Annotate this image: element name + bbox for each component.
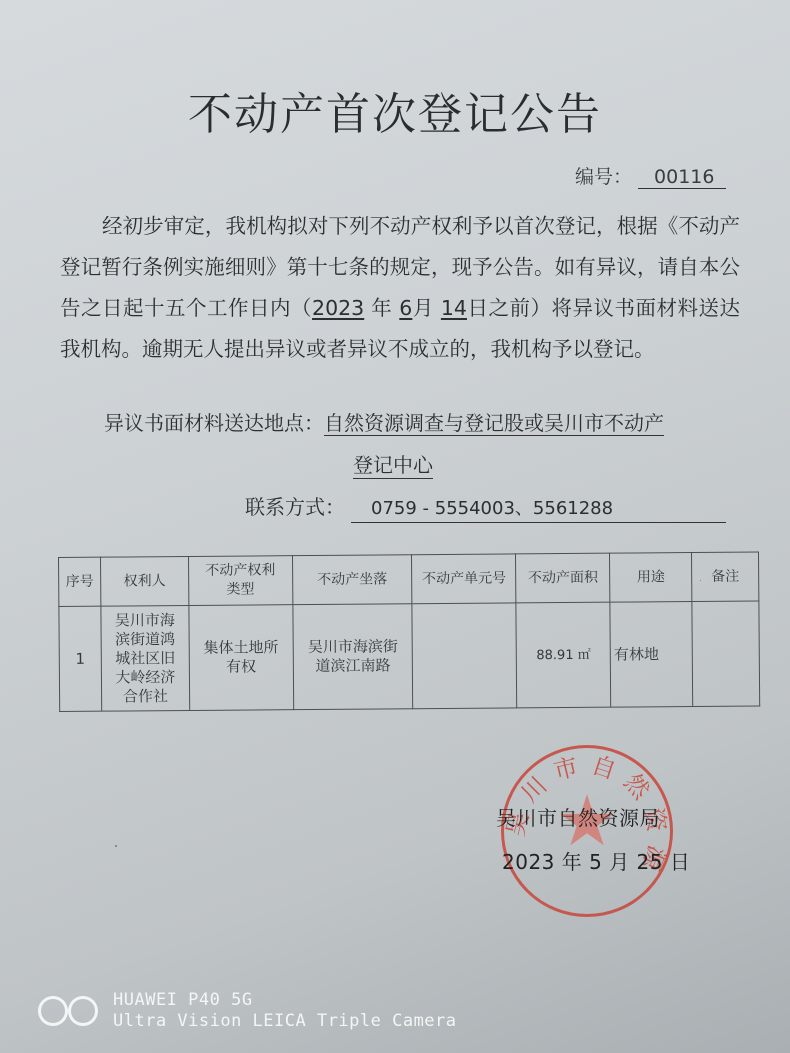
header-right-holder: 权利人 — [100, 556, 188, 606]
issue-date: 2023 年 5 月 25 日 — [502, 846, 690, 875]
paper-speck — [115, 845, 117, 847]
cell-unit-number — [412, 603, 517, 709]
paper-speck — [700, 580, 701, 581]
deadline-month: 6 — [399, 296, 412, 320]
objection-address-label: 异议书面材料送达地点： — [104, 411, 324, 435]
header-right-type: 不动产权利类型 — [188, 556, 292, 606]
table-row: 1 吴川市海滨街道鸿城社区旧大岭经济合作社 集体土地所有权 吴川市海滨街道滨江南… — [59, 601, 760, 711]
serial-value: 00116 — [638, 166, 726, 189]
header-location: 不动产坐落 — [292, 555, 412, 605]
cell-area: 88.91 ㎡ — [516, 602, 611, 708]
header-remarks: 备注 — [692, 552, 759, 602]
serial-number: 编号：00116 — [575, 162, 726, 189]
notice-title: 不动产首次登记公告 — [0, 78, 790, 142]
contact-info: 联系方式：0759 - 5554003、5561288 — [245, 494, 726, 523]
header-index: 序号 — [59, 557, 101, 606]
cell-remarks — [692, 601, 760, 707]
issuing-authority: 吴川市自然资源局 — [496, 802, 660, 831]
serial-label: 编号： — [575, 166, 632, 188]
cell-location: 吴川市海滨街道滨江南路 — [293, 604, 414, 710]
cell-right-type: 集体土地所有权 — [189, 605, 294, 711]
camera-rings-icon — [38, 996, 102, 1024]
notice-body: 经初步审定，我机构拟对下列不动产权利予以首次登记，根据《不动产登记暂行条例实施细… — [60, 206, 740, 370]
property-table: 序号 权利人 不动产权利类型 不动产坐落 不动产单元号 不动产面积 用途 备注 … — [58, 551, 760, 712]
official-seal: 吴川市自然资源局 ★ — [501, 745, 673, 917]
deadline-year: 2023 — [312, 296, 364, 320]
cell-right-holder: 吴川市海滨街道鸿城社区旧大岭经济合作社 — [101, 605, 190, 711]
month-char: 月 — [412, 296, 434, 320]
year-char: 年 — [371, 296, 392, 320]
header-area: 不动产面积 — [516, 553, 610, 603]
watermark-line1: HUAWEI P40 5G — [113, 990, 457, 1011]
cell-usage: 有林地 — [610, 602, 693, 708]
header-unit-number: 不动产单元号 — [412, 554, 516, 604]
table-header-row: 序号 权利人 不动产权利类型 不动产坐落 不动产单元号 不动产面积 用途 备注 — [59, 552, 759, 606]
cell-index: 1 — [59, 606, 102, 711]
contact-label: 联系方式： — [245, 495, 345, 519]
header-usage: 用途 — [610, 553, 692, 603]
objection-address: 异议书面材料送达地点：自然资源调查与登记股或吴川市不动产 — [104, 410, 664, 436]
deadline-day: 14 — [441, 296, 467, 320]
watermark-line2: Ultra Vision LEICA Triple Camera — [113, 1011, 457, 1032]
contact-value: 0759 - 5554003、5561288 — [351, 496, 726, 523]
objection-address-line1: 自然资源调查与登记股或吴川市不动产 — [324, 411, 664, 436]
objection-address-line2: 登记中心 — [353, 452, 433, 479]
